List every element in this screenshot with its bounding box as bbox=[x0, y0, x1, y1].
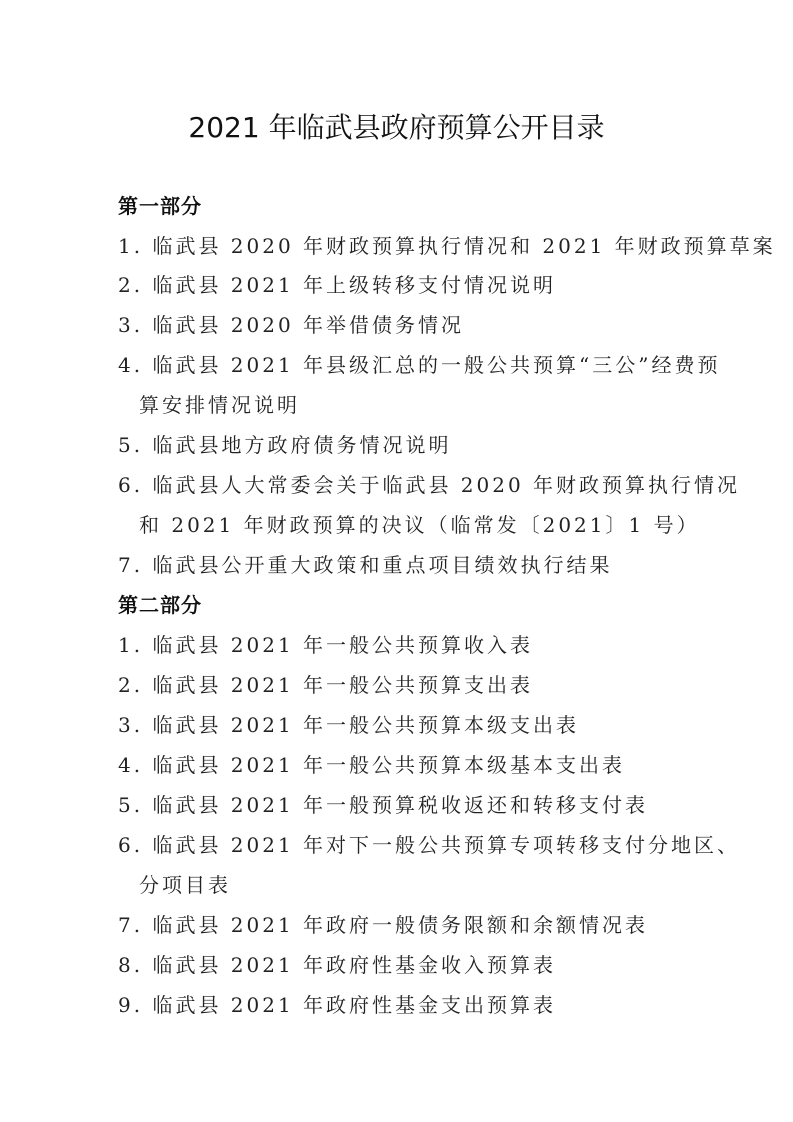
toc-item-part1-3: 3. 临武县 2020 年举借债务情况 bbox=[118, 311, 464, 339]
section-heading-part2: 第二部分 bbox=[118, 591, 202, 619]
document-title: 2021 年临武县政府预算公开目录 bbox=[0, 108, 793, 148]
toc-item-part2-2: 2. 临武县 2021 年一般公共预算支出表 bbox=[118, 671, 533, 699]
toc-item-part1-4: 4. 临武县 2021 年县级汇总的一般公共预算“三公”经费预 bbox=[118, 351, 721, 379]
toc-item-part2-1: 1. 临武县 2021 年一般公共预算收入表 bbox=[118, 631, 533, 659]
toc-item-part1-5: 5. 临武县地方政府债务情况说明 bbox=[118, 431, 451, 459]
toc-item-part2-7: 7. 临武县 2021 年政府一般债务限额和余额情况表 bbox=[118, 911, 648, 939]
toc-item-part1-4-continued: 算安排情况说明 bbox=[139, 391, 300, 419]
toc-item-part1-1: 1. 临武县 2020 年财政预算执行情况和 2021 年财政预算草案 bbox=[118, 232, 776, 260]
section-heading-part1: 第一部分 bbox=[118, 192, 202, 220]
toc-item-part2-3: 3. 临武县 2021 年一般公共预算本级支出表 bbox=[118, 711, 579, 739]
toc-item-part2-9: 9. 临武县 2021 年政府性基金支出预算表 bbox=[118, 991, 556, 1019]
toc-item-part2-6: 6. 临武县 2021 年对下一般公共预算专项转移支付分地区、 bbox=[118, 831, 740, 859]
toc-item-part1-7: 7. 临武县公开重大政策和重点项目绩效执行结果 bbox=[118, 551, 612, 579]
toc-item-part2-6-continued: 分项目表 bbox=[139, 871, 231, 899]
toc-item-part2-5: 5. 临武县 2021 年一般预算税收返还和转移支付表 bbox=[118, 791, 648, 819]
toc-item-part2-8: 8. 临武县 2021 年政府性基金收入预算表 bbox=[118, 951, 556, 979]
toc-item-part2-4: 4. 临武县 2021 年一般公共预算本级基本支出表 bbox=[118, 751, 625, 779]
toc-item-part1-2: 2. 临武县 2021 年上级转移支付情况说明 bbox=[118, 271, 556, 299]
toc-item-part1-6: 6. 临武县人大常委会关于临武县 2020 年财政预算执行情况 bbox=[118, 471, 740, 499]
document-page: 2021 年临武县政府预算公开目录 第一部分 1. 临武县 2020 年财政预算… bbox=[0, 0, 793, 1122]
toc-item-part1-6-continued: 和 2021 年财政预算的决议（临常发〔2021〕1 号） bbox=[139, 511, 700, 539]
